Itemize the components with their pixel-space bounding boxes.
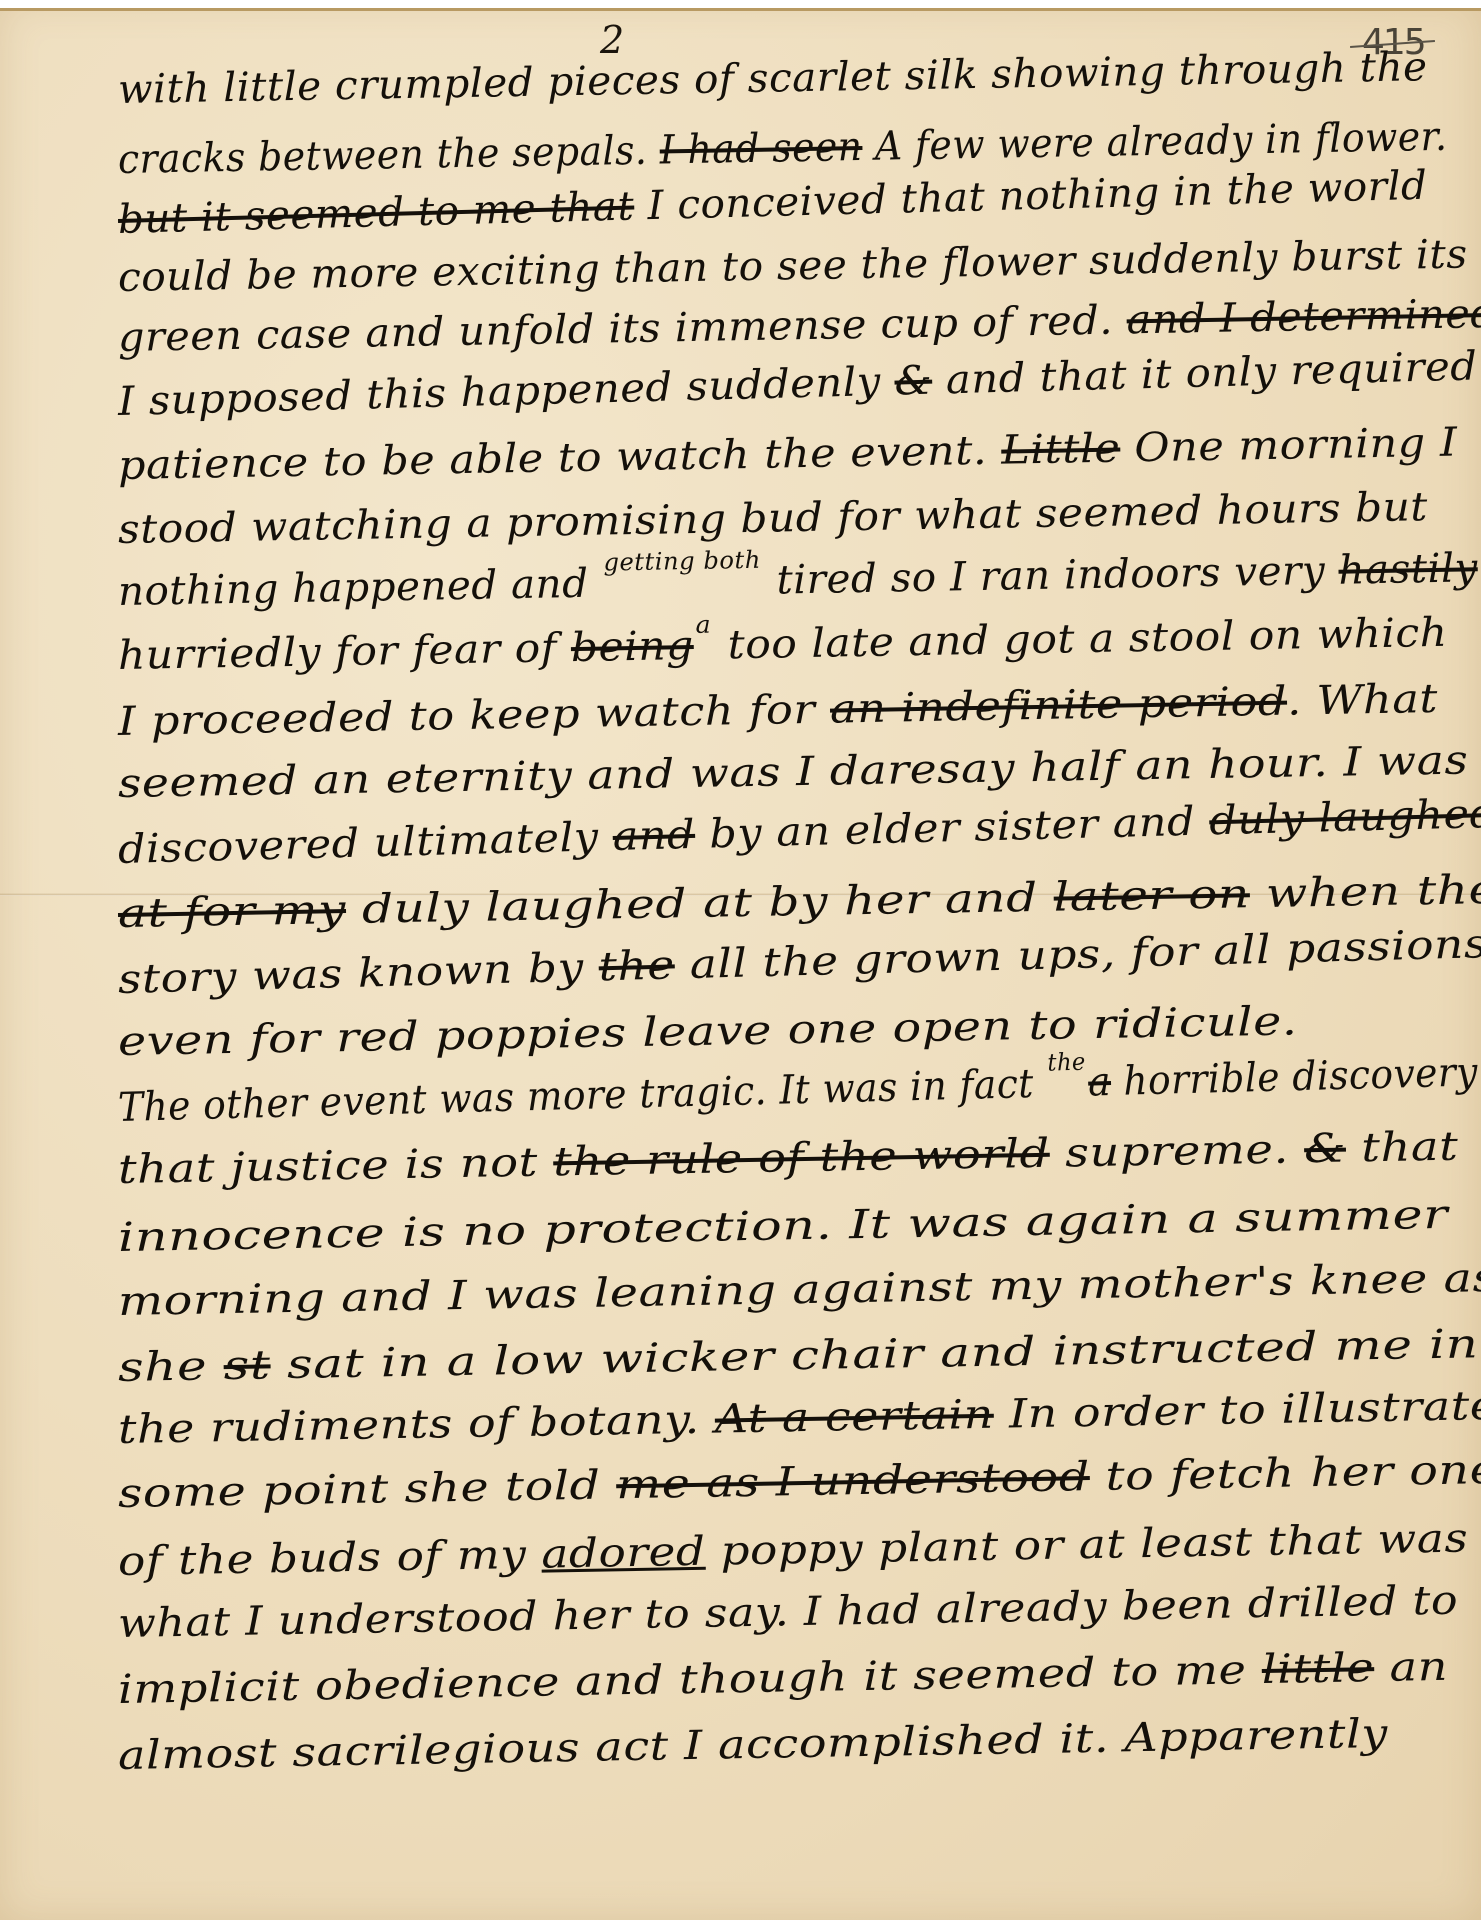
manuscript-line: story was known by the all the grown ups… <box>117 924 1481 1000</box>
manuscript-line: I proceeded to keep watch for an indefin… <box>118 679 1439 742</box>
underlined-text: adored <box>541 1529 706 1578</box>
line-text: duly laughed at by her and <box>346 875 1054 933</box>
line-text: what I understood her to say. I had alre… <box>118 1578 1459 1647</box>
struck-through-text: the <box>598 942 675 990</box>
line-text: of the buds of my <box>118 1532 542 1585</box>
struck-through-text: duly laughed <box>1209 791 1481 845</box>
line-text: and that it only required <box>932 343 1478 403</box>
line-text: stood watching a promising bud for what … <box>118 484 1429 553</box>
line-text: some point she told <box>118 1462 617 1517</box>
line-text: tired so I ran indoors very <box>763 548 1339 604</box>
manuscript-line: what I understood her to say. I had alre… <box>118 1581 1459 1644</box>
interlinear-insertion: a <box>695 611 711 639</box>
manuscript-line: at for my duly laughed at by her and lat… <box>118 870 1481 934</box>
manuscript-line: she st sat in a low wicker chair and ins… <box>118 1324 1479 1388</box>
struck-through-text: st <box>223 1342 271 1389</box>
manuscript-line: implicit obedience and though it seemed … <box>118 1647 1449 1710</box>
manuscript-line: I supposed this happened suddenly & and … <box>117 346 1477 422</box>
struck-through-text: being <box>571 623 695 671</box>
manuscript-line: hurriedly for fear of beinga too late an… <box>118 613 1448 676</box>
struck-through-text: the rule of the world <box>553 1131 1050 1186</box>
struck-through-text: & <box>894 358 933 405</box>
manuscript-line: discovered ultimately and by an elder si… <box>117 794 1481 870</box>
manuscript-line: of the buds of my adored poppy plant or … <box>118 1518 1469 1582</box>
manuscript-line: innocence is no protection. It was again… <box>118 1195 1449 1258</box>
interlinear-insertion: getting both <box>603 546 761 577</box>
manuscript-line: the rudiments of botany. At a certain In… <box>118 1386 1481 1450</box>
manuscript-line: seemed an eternity and was I daresay hal… <box>118 740 1469 804</box>
line-text: patience to be able to watch the event. <box>118 428 1002 489</box>
line-text: nothing happened and <box>118 561 603 615</box>
struck-through-text: hastily <box>1338 545 1478 593</box>
line-text: innocence is no protection. It was again… <box>118 1192 1449 1261</box>
line-text: I proceeded to keep watch for <box>118 687 831 745</box>
line-text: discovered ultimately <box>117 814 613 873</box>
line-text: with little crumpled pieces of scarlet s… <box>118 44 1428 113</box>
line-text: supreme. <box>1049 1126 1304 1176</box>
line-text: too late and got a stool on which <box>713 610 1448 669</box>
struck-through-text: and I determined <box>1126 291 1481 343</box>
line-text: In order to illustrate <box>993 1383 1481 1438</box>
struck-through-text: an indefinite period <box>830 679 1288 733</box>
manuscript-line: that justice is not the rule of the worl… <box>118 1127 1459 1190</box>
line-text: green case and unfold its immense cup of… <box>118 297 1127 361</box>
struck-through-text: I had seen <box>659 124 863 174</box>
manuscript-line: stood watching a promising bud for what … <box>118 487 1429 550</box>
line-text: One morning I <box>1120 420 1458 472</box>
manuscript-line: morning and I was leaning against my mot… <box>118 1258 1481 1322</box>
struck-through-text: At a certain <box>714 1392 994 1443</box>
line-text: horrible discovery <box>1110 1049 1478 1105</box>
manuscript-line: even for red poppies leave one open to r… <box>118 1001 1298 1062</box>
line-text: The other event was more tragic. It was … <box>117 1061 1046 1131</box>
line-text: to fetch her one <box>1089 1447 1481 1500</box>
manuscript-line: with little crumpled pieces of scarlet s… <box>118 47 1428 110</box>
interlinear-insertion: the <box>1047 1048 1086 1077</box>
struck-through-text: later on <box>1053 871 1250 920</box>
line-text: an <box>1374 1644 1449 1691</box>
line-text: that <box>1346 1124 1459 1172</box>
struck-through-text: & <box>1304 1126 1347 1173</box>
struck-through-text: Little <box>1001 426 1121 474</box>
line-text: that justice is not <box>118 1139 554 1193</box>
line-text: hurriedly for fear of <box>118 625 572 679</box>
line-text: could be more exciting than to see the f… <box>118 231 1468 301</box>
handwritten-text-body: with little crumpled pieces of scarlet s… <box>0 0 1481 1920</box>
line-text: all the grown ups, for all passions <box>674 921 1481 988</box>
manuscript-line: could be more exciting than to see the f… <box>118 234 1468 298</box>
line-text: by an elder sister and <box>695 798 1210 857</box>
line-text: implicit obedience and though it seemed … <box>118 1647 1263 1713</box>
struck-through-text: at for my <box>118 887 347 937</box>
line-text: I supposed this happened suddenly <box>117 359 895 425</box>
line-text: even for red poppies leave one open to r… <box>118 998 1298 1065</box>
line-text: . What <box>1287 676 1439 725</box>
struck-through-text: a <box>1088 1059 1112 1106</box>
line-text: sat in a low wicker chair and instructed… <box>270 1321 1479 1388</box>
line-text: cracks between the sepals. <box>118 128 661 183</box>
line-text: I conceived that nothing in the world <box>634 163 1428 230</box>
line-text: almost sacrilegious act I accomplished i… <box>118 1711 1389 1779</box>
line-text: she <box>118 1343 224 1391</box>
line-text: A few were already in flower. <box>862 114 1448 170</box>
line-text: when the <box>1249 867 1481 917</box>
struck-through-text: but it seemed to me that <box>117 183 634 243</box>
line-text: story was known by <box>117 944 599 1003</box>
manuscript-line: patience to be able to watch the event. … <box>118 423 1458 486</box>
manuscript-line: almost sacrilegious act I accomplished i… <box>118 1714 1389 1776</box>
manuscript-page: 2 415 with little crumpled pieces of sca… <box>0 0 1481 1920</box>
manuscript-line: The other event was more tragic. It was … <box>117 1052 1478 1128</box>
line-text: morning and I was leaning against my mot… <box>118 1255 1481 1325</box>
manuscript-line: some point she told me as I understood t… <box>118 1450 1481 1514</box>
line-text: the rudiments of botany. <box>118 1397 716 1453</box>
line-text: poppy plant or at least that was <box>705 1515 1468 1574</box>
struck-through-text: and <box>612 812 696 860</box>
manuscript-line: nothing happened and getting both tired … <box>118 548 1478 612</box>
struck-through-text: little <box>1261 1645 1374 1693</box>
struck-through-text: me as I understood <box>616 1454 1090 1508</box>
